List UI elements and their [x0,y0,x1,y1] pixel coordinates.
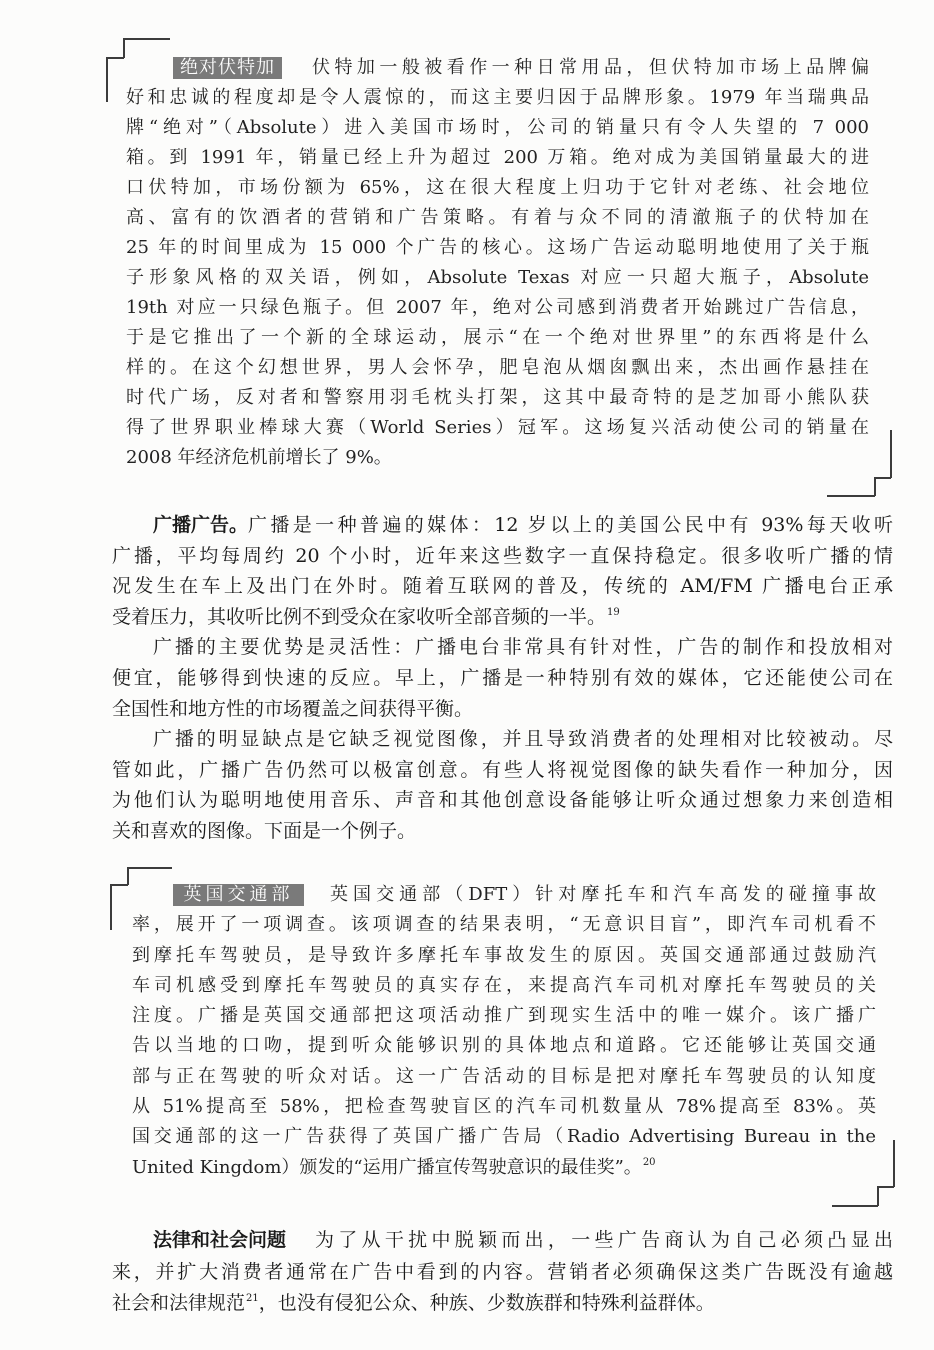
text-line: 从 51%提高至 58%，把检查驾驶盲区的汽车司机数量从 78%提高至 83%。… [132,1092,876,1122]
footnote-marker: 19 [607,607,620,618]
text-line: 广播，平均每周约 20 个小时，近年来这些数字一直保持稳定。很多收听广播的情 [112,541,893,572]
text-line: 况发生在车上及出门在外时。随着互联网的普及，传统的 AM/FM 广播电台正承 [112,571,893,602]
text-line-content: 社会和法律规范 [112,1292,245,1314]
text-line: 管如此，广播广告仍然可以极富创意。有些人将视觉图像的缺失看作一种加分，因 [112,755,893,786]
text-line: 全国性和地方性的市场覆盖之间获得平衡。 [112,694,893,725]
corner-bracket-bottom-right [827,495,875,497]
footnote-marker: 21 [246,1293,259,1304]
text-line: 来，并扩大消费者通常在广告中看到的内容。营销者必须确保这类广告既没有逾越 [112,1257,893,1289]
text-line: 国交通部的这一广告获得了英国广播广告局（Radio Advertising Bu… [132,1122,876,1152]
corner-bracket-top-left [106,57,108,102]
text-line: 车司机感受到摩托车驾驶员的真实存在，来提高汽车司机对摩托车驾驶员的关 [132,971,876,1001]
book-page: 绝对伏特加 伏特加一般被看作一种日常用品，但伏特加市场上品牌偏 好和忠诚的程度却… [0,0,934,1350]
text-line: 箱。到 1991 年，销量已经上升为超过 200 万箱。绝对成为美国销量最大的进 [126,143,869,173]
text-line: 于是它推出了一个新的全球运动，展示“在一个绝对世界里”的东西将是什么 [126,323,869,353]
text-line-content: 英国交通部（DFT）针对摩托车和汽车高发的碰撞事故 [330,880,876,910]
text-line: 绝对伏特加 伏特加一般被看作一种日常用品，但伏特加市场上品牌偏 [126,53,869,83]
section-heading: 法律和社会问题 [153,1225,286,1257]
corner-bracket-bottom-right [890,430,892,478]
section-radio-advertising: 广播广告。 广播是一种普遍的媒体：12 岁以上的美国公民中有 93%每天收听 广… [112,510,893,847]
text-line: 法律和社会问题 为了从干扰中脱颖而出，一些广告商认为自己必须凸显出 [112,1225,893,1257]
corner-bracket-top-left [123,38,170,40]
footnote-marker: 20 [643,1157,656,1168]
corner-bracket-bottom-right [874,477,876,496]
corner-bracket-top-left [127,867,172,869]
text-line: 注度。广播是英国交通部把这项活动推广到现实生活中的唯一媒介。该广播广 [132,1001,876,1031]
text-line: 样的。在这个幻想世界，男人会怀孕，肥皂泡从烟囱飘出来，杰出画作悬挂在 [126,353,869,383]
case-box-dft: 英国交通部 英国交通部（DFT）针对摩托车和汽车高发的碰撞事故 率，展开了一项调… [132,880,876,1183]
text-line: 为他们认为聪明地使用音乐、声音和其他创意设备能够让听众通过想象力来创造相 [112,785,893,816]
corner-bracket-top-left [127,867,129,885]
text-line: 率，展开了一项调查。该项调查的结果表明，“无意识目盲”，即汽车司机看不 [132,910,876,940]
text-line: 便宜，能够得到快速的反应。早上，广播是一种特别有效的媒体，它还能使公司在 [112,663,893,694]
text-line: 牌“绝对”（Absolute）进入美国市场时，公司的销量只有令人失望的 7 00… [126,113,869,143]
corner-bracket-bottom-right [832,1205,878,1207]
text-line: 时代广场，反对者和警察用羽毛枕头打架，这其中最奇特的是芝加哥小熊队获 [126,383,869,413]
text-line: 告以当地的口吻，提到听众能够识别的具体地点和道路。它还能够让英国交通 [132,1031,876,1061]
corner-bracket-bottom-right [877,1186,879,1206]
text-line: 受着压力，其收听比例不到受众在家收听全部音频的一半。19 [112,602,893,633]
text-line: 到摩托车驾驶员，是导致许多摩托车事故发生的原因。英国交通部通过鼓励汽 [132,941,876,971]
text-line: 19th 对应一只绿色瓶子。但 2007 年，绝对公司感到消费者开始跳过广告信息… [126,293,869,323]
text-line: 得了世界职业棒球大赛（World Series）冠军。这场复兴活动使公司的销量在 [126,413,869,443]
corner-bracket-bottom-right [877,1186,894,1188]
text-line-content: 伏特加一般被看作一种日常用品，但伏特加市场上品牌偏 [312,53,869,83]
text-line: United Kingdom）颁发的“运用广播宣传驾驶意识的最佳奖”。20 [132,1153,876,1183]
text-line: 英国交通部 英国交通部（DFT）针对摩托车和汽车高发的碰撞事故 [132,880,876,910]
text-line-content: ，也没有侵犯公众、种族、少数族群和特殊利益群体。 [259,1292,715,1314]
text-line: 部与正在驾驶的听众对话。这一广告活动的目标是把对摩托车驾驶员的认知度 [132,1062,876,1092]
text-line: 广播的明显缺点是它缺乏视觉图像，并且导致消费者的处理相对比较被动。尽 [112,724,893,755]
text-line: 口伏特加，市场份额为 65%，这在很大程度上归功于它针对老练、社会地位 [126,173,869,203]
text-line: 高、富有的饮酒者的营销和广告策略。有着与众不同的清澈瓶子的伏特加在 [126,203,869,233]
section-legal-social-issues: 法律和社会问题 为了从干扰中脱颖而出，一些广告商认为自己必须凸显出 来，并扩大消… [112,1225,893,1320]
text-line-content: 广播是一种普遍的媒体：12 岁以上的美国公民中有 93%每天收听 [248,510,893,541]
corner-bracket-bottom-right [874,477,891,479]
text-line-content: 受着压力，其收听比例不到受众在家收听全部音频的一半。 [112,606,606,628]
corner-bracket-top-left [106,57,124,59]
text-line: 2008 年经济危机前增长了 9%。 [126,443,869,473]
corner-bracket-top-left [110,884,112,930]
text-line: 关和喜欢的图像。下面是一个例子。 [112,816,893,847]
case-box-absolut: 绝对伏特加 伏特加一般被看作一种日常用品，但伏特加市场上品牌偏 好和忠诚的程度却… [126,53,869,473]
text-line: 广播广告。 广播是一种普遍的媒体：12 岁以上的美国公民中有 93%每天收听 [112,510,893,541]
text-line: 好和忠诚的程度却是令人震惊的，而这主要归因于品牌形象。1979 年当瑞典品 [126,83,869,113]
section-heading: 广播广告。 [153,510,248,541]
text-line: 25 年的时间里成为 15 000 个广告的核心。这场广告运动聪明地使用了关于瓶 [126,233,869,263]
corner-bracket-top-left [110,884,128,886]
corner-bracket-bottom-right [893,1140,895,1187]
text-line: 社会和法律规范21，也没有侵犯公众、种族、少数族群和特殊利益群体。 [112,1288,893,1320]
case-label: 英国交通部 [173,884,304,906]
text-line-content: 为了从干扰中脱颖而出，一些广告商认为自己必须凸显出 [315,1225,893,1257]
text-line-content: United Kingdom）颁发的“运用广播宣传驾驶意识的最佳奖”。 [132,1157,642,1178]
text-line: 广播的主要优势是灵活性：广播电台非常具有针对性，广告的制作和投放相对 [112,632,893,663]
case-label: 绝对伏特加 [173,57,282,79]
text-line: 子形象风格的双关语，例如，Absolute Texas 对应一只超大瓶子，Abs… [126,263,869,293]
corner-bracket-top-left [123,38,125,58]
